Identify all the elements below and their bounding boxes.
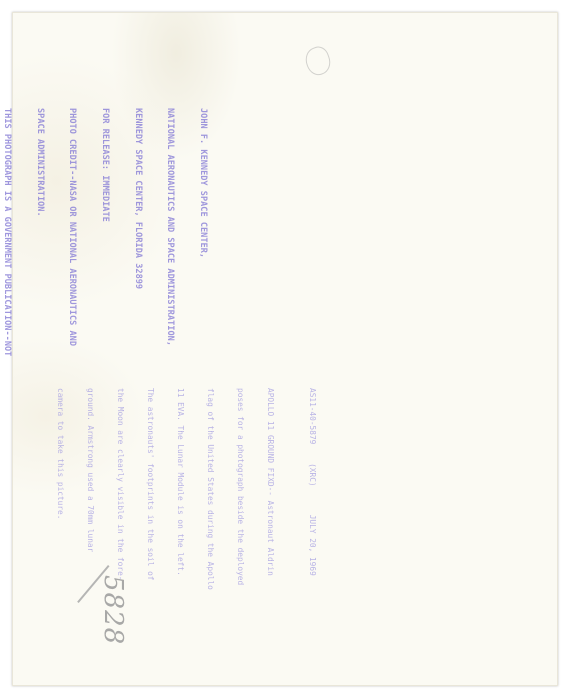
caption-line: poses for a photograph beside the deploy… [235, 388, 245, 590]
credit-stamp: JOHN F. KENNEDY SPACE CENTER, NATIONAL A… [0, 108, 230, 367]
caption-line: APOLLO 11 GROUND FIXD-- Astronaut Aldrin [265, 388, 275, 590]
caption-line: ground. Armstrong used a 70mm lunar [85, 388, 95, 590]
caption-line: camera to take this picture. [55, 388, 65, 590]
credit-line: JOHN F. KENNEDY SPACE CENTER, [197, 108, 208, 367]
caption-line: The astronauts' footprints in the soil o… [145, 388, 155, 590]
credit-line: KENNEDY SPACE CENTER, FLORIDA 32899 [132, 108, 143, 367]
caption-stamp: AS11-40-5879 (XRC) JULY 20, 1969 APOLLO … [45, 388, 337, 590]
credit-line: PHOTO CREDIT--NASA OR NATIONAL AERONAUTI… [66, 108, 77, 367]
credit-line: NATIONAL AERONAUTICS AND SPACE ADMINISTR… [165, 108, 176, 367]
caption-header: AS11-40-5879 (XRC) JULY 20, 1969 [307, 388, 317, 590]
credit-line: THIS PHOTOGRAPH IS A GOVERNMENT PUBLICAT… [1, 108, 12, 367]
caption-line: the Moon are clearly visible in the fore… [115, 388, 125, 590]
credit-line: FOR RELEASE: IMMEDIATE [99, 108, 110, 367]
credit-line: SPACE ADMINISTRATION. [34, 108, 45, 367]
caption-line: flag of the United States during the Apo… [205, 388, 215, 590]
pencil-mark [302, 44, 334, 79]
caption-line: 11 EVA. The Lunar Module is on the left. [175, 388, 185, 590]
pencil-number: 5828 [98, 575, 128, 645]
